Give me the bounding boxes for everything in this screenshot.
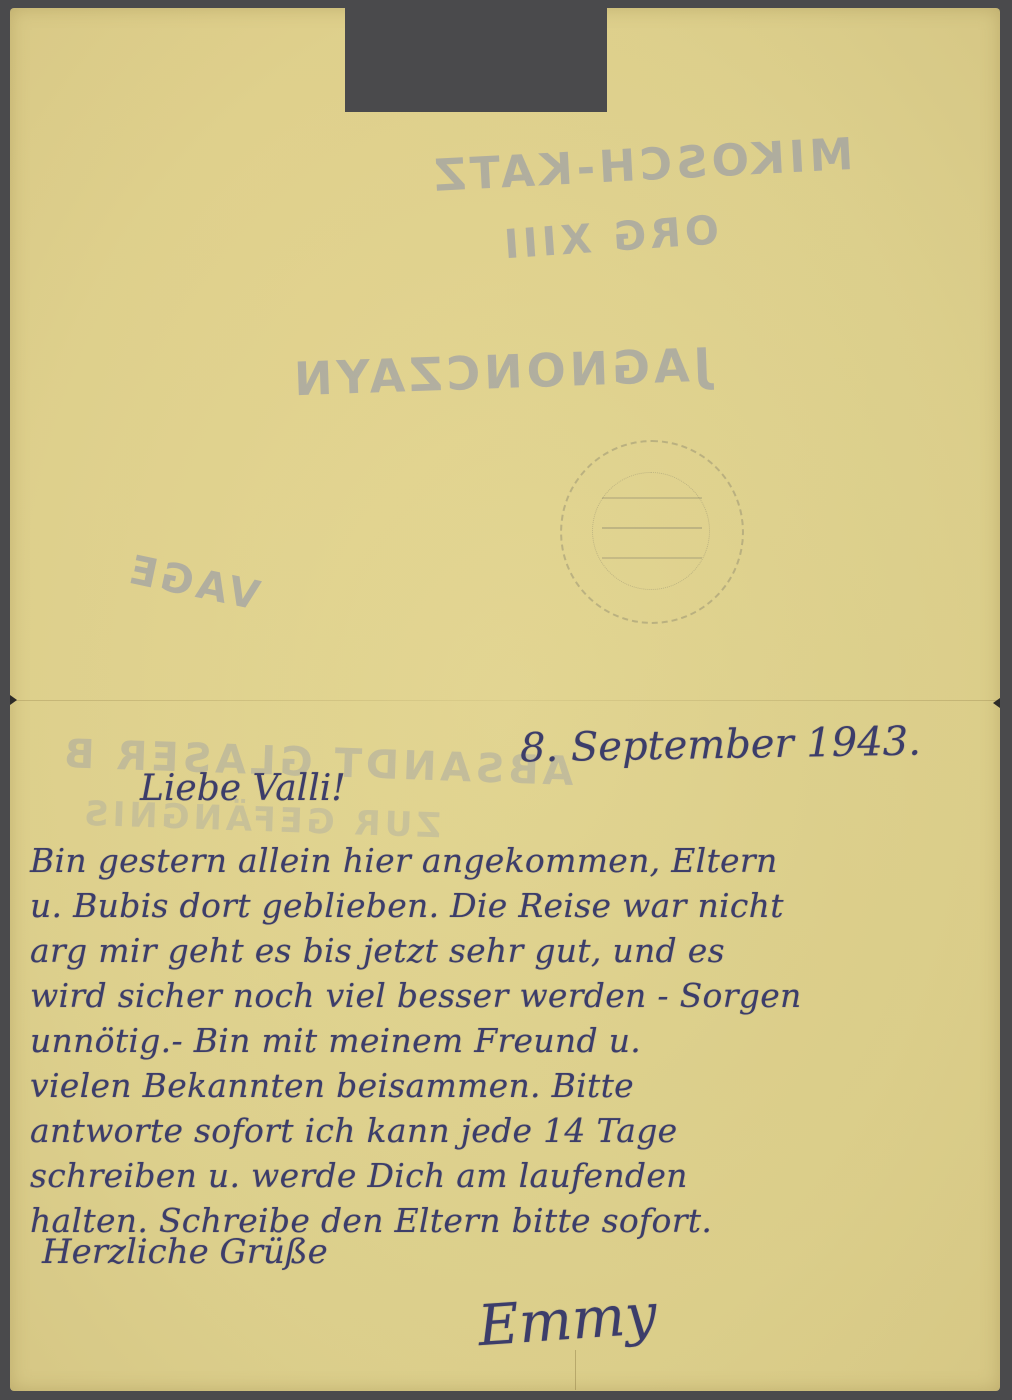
letter-body: Bin gestern allein hier angekommen, Elte… [30,838,990,1243]
letter-signature: Emmy [476,1282,659,1359]
body-line: arg mir geht es bis jetzt sehr gut, und … [30,928,990,973]
body-line: unnötig.- Bin mit meinem Freund u. [30,1018,990,1063]
fold-crease [10,700,1000,701]
body-line: wird sicher noch viel besser werden - So… [30,973,990,1018]
body-line: u. Bubis dort geblieben. Die Reise war n… [30,883,990,928]
postmark-circle [560,440,744,624]
body-line: vielen Bekannten beisammen. Bitte [30,1063,990,1108]
body-line: Bin gestern allein hier angekommen, Elte… [30,838,990,883]
body-line: antworte sofort ich kann jede 14 Tage [30,1108,990,1153]
fold-notch-right [993,698,1000,708]
torn-notch [345,0,607,112]
fold-notch-left [10,695,17,705]
letter-date: 8. September 1943. [520,719,922,772]
letter-salutation: Liebe Valli! [140,768,346,809]
letter-closing: Herzliche Grüße [42,1232,328,1272]
edge-tear [575,1350,576,1390]
body-line: schreiben u. werde Dich am laufenden [30,1153,990,1198]
